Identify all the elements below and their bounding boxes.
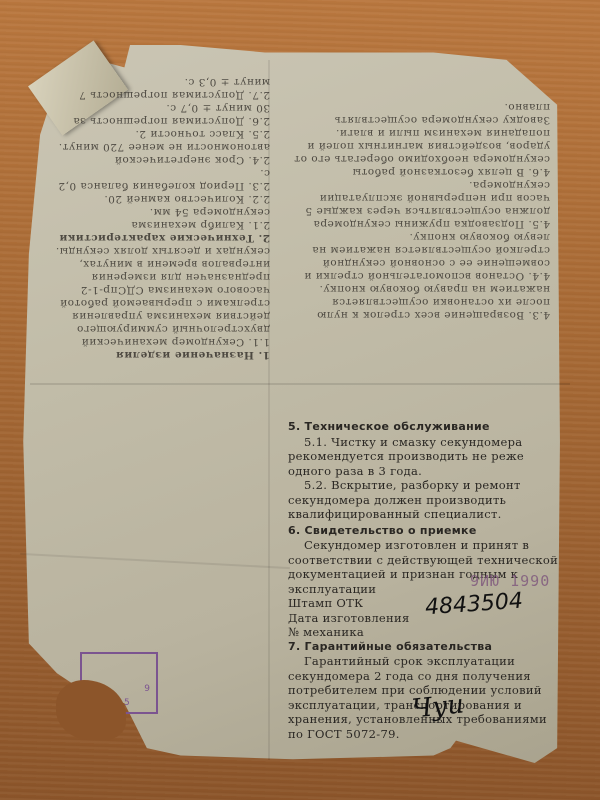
paragraph: 2.3. Период колебания баланса 0,2 с. (55, 166, 270, 192)
paragraph: 4.3. Возвращение всех стрелок к нулю пос… (290, 282, 550, 321)
stamp-number: 5 (124, 698, 130, 708)
paragraph: 2.7. Допустимая погрешность 7 минут ± 0,… (55, 75, 270, 101)
upside-down-right-column: 4.3. Возвращение всех стрелок к нулю пос… (290, 100, 550, 321)
paragraph: 4.5. Подзаводка пружины секундомера долж… (290, 178, 550, 230)
mechanic-label: № механика (288, 625, 560, 640)
paragraph: 5.2. Вскрытие, разборку и ремонт секундо… (288, 478, 560, 522)
handwritten-signature: Чуи (411, 689, 466, 724)
paragraph: 4.6. В целях безотказной работы секундом… (290, 100, 550, 178)
section-heading: 1. Назначение изделия (55, 348, 270, 361)
upside-down-left-column: 1. Назначение изделия 1.1. Секундомер ме… (55, 75, 270, 361)
date-stamp: 9ИЮ 1990 (470, 572, 550, 590)
section-heading-warranty: 7. Гарантийные обязательства (288, 640, 560, 655)
paragraph: 1.1. Секундомер механический двухстрелоч… (55, 244, 270, 348)
stamp-number: 9 (144, 684, 150, 694)
section-heading: 2. Технические характеристики (55, 231, 270, 244)
paragraph: 4.4. Останов вспомогательной стрелки и с… (290, 230, 550, 282)
paragraph: 2.4. Срок энергетической автономности не… (55, 140, 270, 166)
paragraph: 2.1. Калибр механизма секундомера 54 мм. (55, 205, 270, 231)
paragraph: 5.1. Чистку и смазку секундомера рекомен… (288, 435, 560, 479)
paragraph: 2.6. Допустимая погрешность за 30 минут … (55, 101, 270, 127)
section-heading-maintenance: 5. Техническое обслуживание (288, 420, 560, 435)
paragraph: 2.5. Класс точности 2. (55, 127, 270, 140)
paragraph: 2.2. Количество камней 20. (55, 192, 270, 205)
horizontal-fold-line (30, 383, 570, 385)
section-heading-acceptance: 6. Свидетельство о приемке (288, 524, 560, 539)
